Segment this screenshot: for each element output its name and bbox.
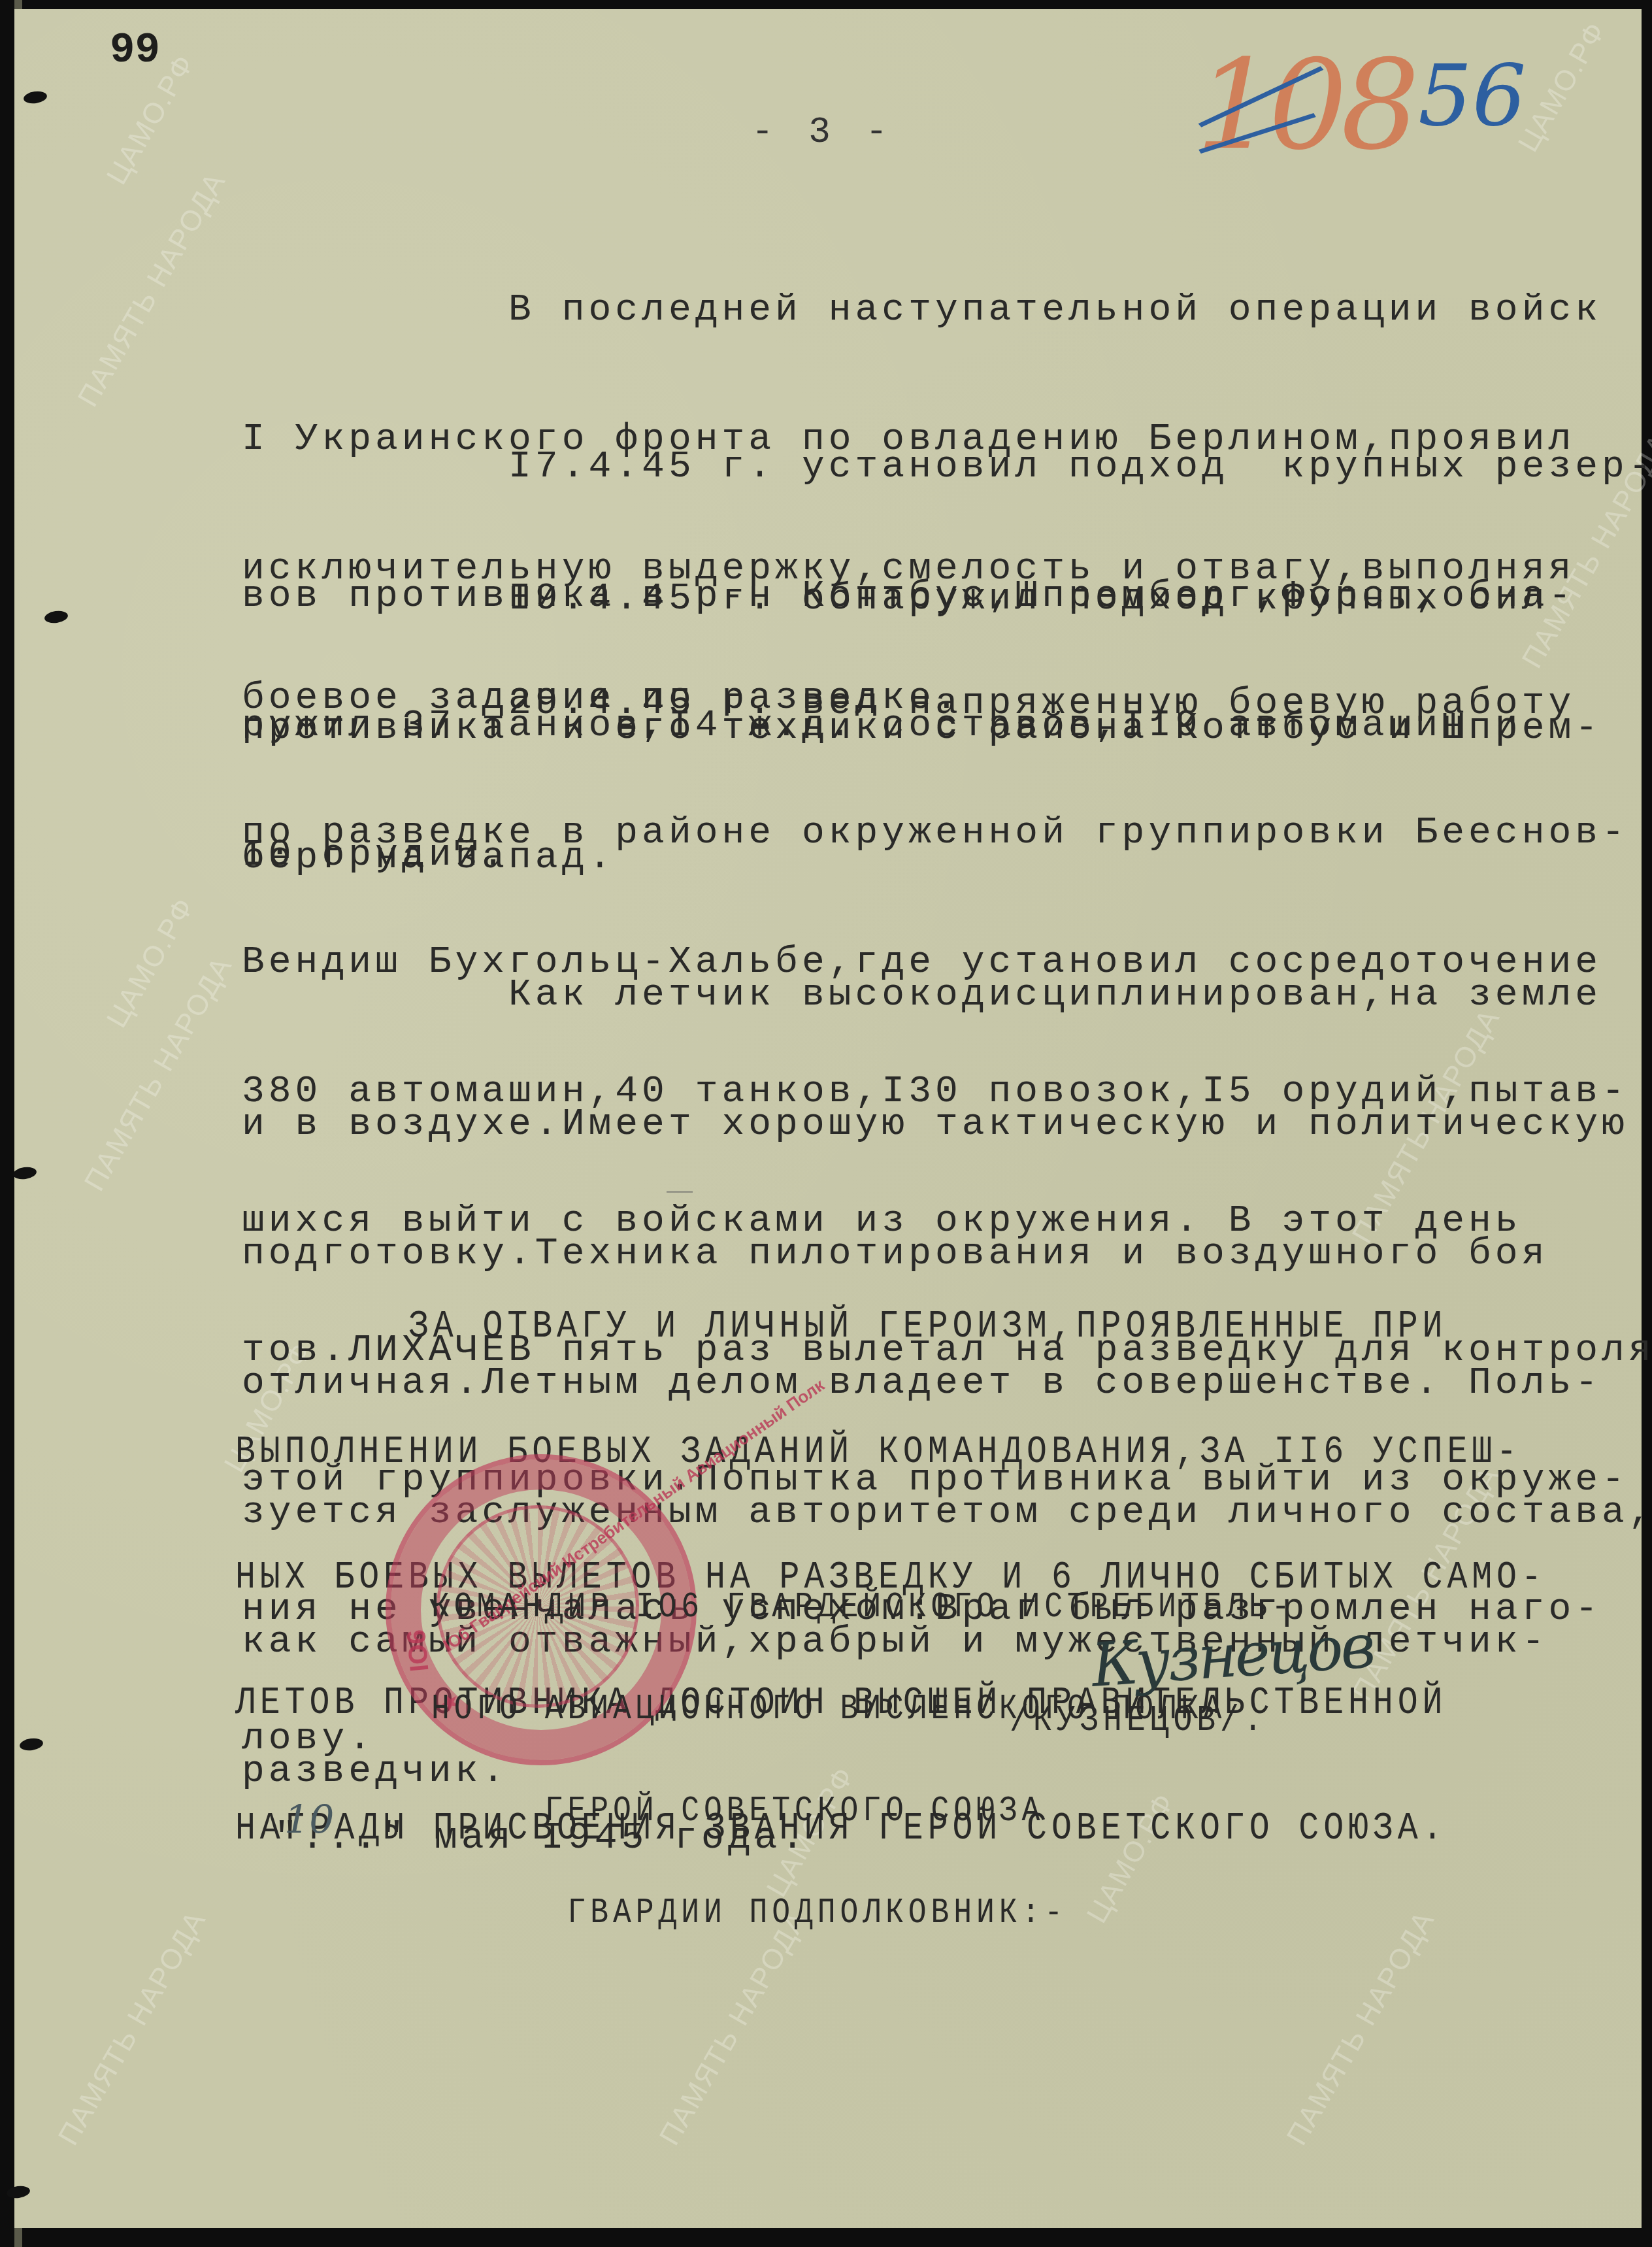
text-line: ЗА ОТВАГУ И ЛИЧНЫЙ ГЕРОИЗМ,ПРОЯВЛЕННЫЕ П… [235, 1306, 1546, 1348]
text-line: ГВАРДИИ ПОДПОЛКОВНИК:- [431, 1897, 1294, 1931]
document-date: "..." мая I945 года. [274, 1817, 808, 1860]
text-line: и в воздухе.Имеет хорошую тактическую и … [242, 1103, 1652, 1146]
text-line: КОМАНДИР IO6 ГВАРДЕЙСКОГО ИСТРЕБИТЕЛЬ- [431, 1591, 1294, 1625]
strike-through-mark [1193, 52, 1336, 157]
handwritten-page-number: 56 [1418, 46, 1526, 145]
commander-signature-block: КОМАНДИР IO6 ГВАРДЕЙСКОГО ИСТРЕБИТЕЛЬ- Н… [431, 1523, 1294, 1965]
text-line: 29.4.45 г. вел напряженную боевую работу [242, 682, 1652, 725]
commander-name: /КУЗНЕЦОВ/. [1010, 1699, 1267, 1741]
text-line: Как летчик высокодисциплинирован,на земл… [242, 974, 1652, 1017]
text-line: I7.4.45 г. установил подход крупных резе… [242, 446, 1652, 489]
archive-sheet-number: 99 [110, 27, 160, 75]
text-line: ВЫПОЛНЕНИИ БОЕВЫХ ЗАДАНИЙ КОМАНДОВАНИЯ,З… [235, 1431, 1546, 1473]
handwritten-day: 10 [284, 1797, 334, 1843]
text-line: В последней наступательной операции войс… [242, 289, 1602, 332]
stamp-number: IO6 [402, 1628, 435, 1673]
page-marker: - 3 - [752, 111, 894, 153]
separator-line [667, 1191, 693, 1193]
text-line: по разведке в районе окруженной группиро… [242, 812, 1652, 855]
